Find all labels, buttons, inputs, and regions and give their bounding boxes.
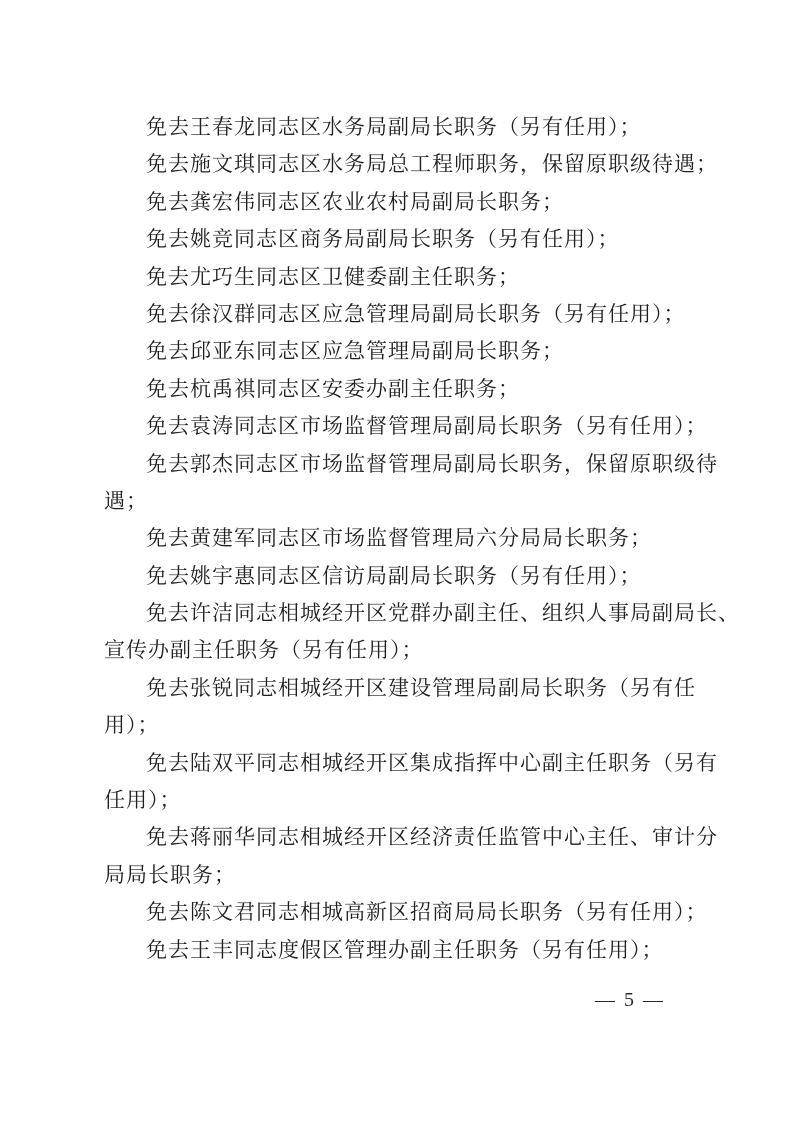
document-line: 免去徐汉群同志区应急管理局副局长职务（另有任用）； bbox=[104, 296, 710, 333]
document-line: 用）； bbox=[104, 707, 710, 744]
document-line: 免去施文琪同志区水务局总工程师职务，保留原职级待遇； bbox=[104, 146, 710, 183]
document-line: 任用）； bbox=[104, 782, 710, 819]
document-line: 免去邱亚东同志区应急管理局副局长职务； bbox=[104, 333, 710, 370]
document-line: 局局长职务； bbox=[104, 857, 710, 894]
page-number: — 5 — bbox=[595, 988, 665, 1012]
document-page: 免去王春龙同志区水务局副局长职务（另有任用）；免去施文琪同志区水务局总工程师职务… bbox=[0, 0, 793, 1122]
document-line: 免去陆双平同志相城经开区集成指挥中心副主任职务（另有 bbox=[104, 745, 710, 782]
document-line: 免去郭杰同志区市场监督管理局副局长职务，保留原职级待 bbox=[104, 446, 710, 483]
document-line: 免去袁涛同志区市场监督管理局副局长职务（另有任用）； bbox=[104, 408, 710, 445]
document-line: 免去姚宇惠同志区信访局副局长职务（另有任用）； bbox=[104, 558, 710, 595]
document-line: 免去王丰同志度假区管理办副主任职务（另有任用）； bbox=[104, 932, 710, 969]
document-line: 免去黄建军同志区市场监督管理局六分局局长职务； bbox=[104, 520, 710, 557]
document-line: 宣传办副主任职务（另有任用）； bbox=[104, 632, 710, 669]
document-line: 免去许洁同志相城经开区党群办副主任、组织人事局副局长、 bbox=[104, 595, 710, 632]
document-line: 免去蒋丽华同志相城经开区经济责任监管中心主任、审计分 bbox=[104, 819, 710, 856]
document-line: 遇； bbox=[104, 483, 710, 520]
document-line: 免去王春龙同志区水务局副局长职务（另有任用）； bbox=[104, 109, 710, 146]
document-body: 免去王春龙同志区水务局副局长职务（另有任用）；免去施文琪同志区水务局总工程师职务… bbox=[104, 109, 710, 969]
document-line: 免去张锐同志相城经开区建设管理局副局长职务（另有任 bbox=[104, 670, 710, 707]
document-line: 免去姚竞同志区商务局副局长职务（另有任用）； bbox=[104, 221, 710, 258]
document-line: 免去陈文君同志相城高新区招商局局长职务（另有任用）； bbox=[104, 894, 710, 931]
document-line: 免去尤巧生同志区卫健委副主任职务； bbox=[104, 259, 710, 296]
document-line: 免去杭禹祺同志区安委办副主任职务； bbox=[104, 371, 710, 408]
document-line: 免去龚宏伟同志区农业农村局副局长职务； bbox=[104, 184, 710, 221]
